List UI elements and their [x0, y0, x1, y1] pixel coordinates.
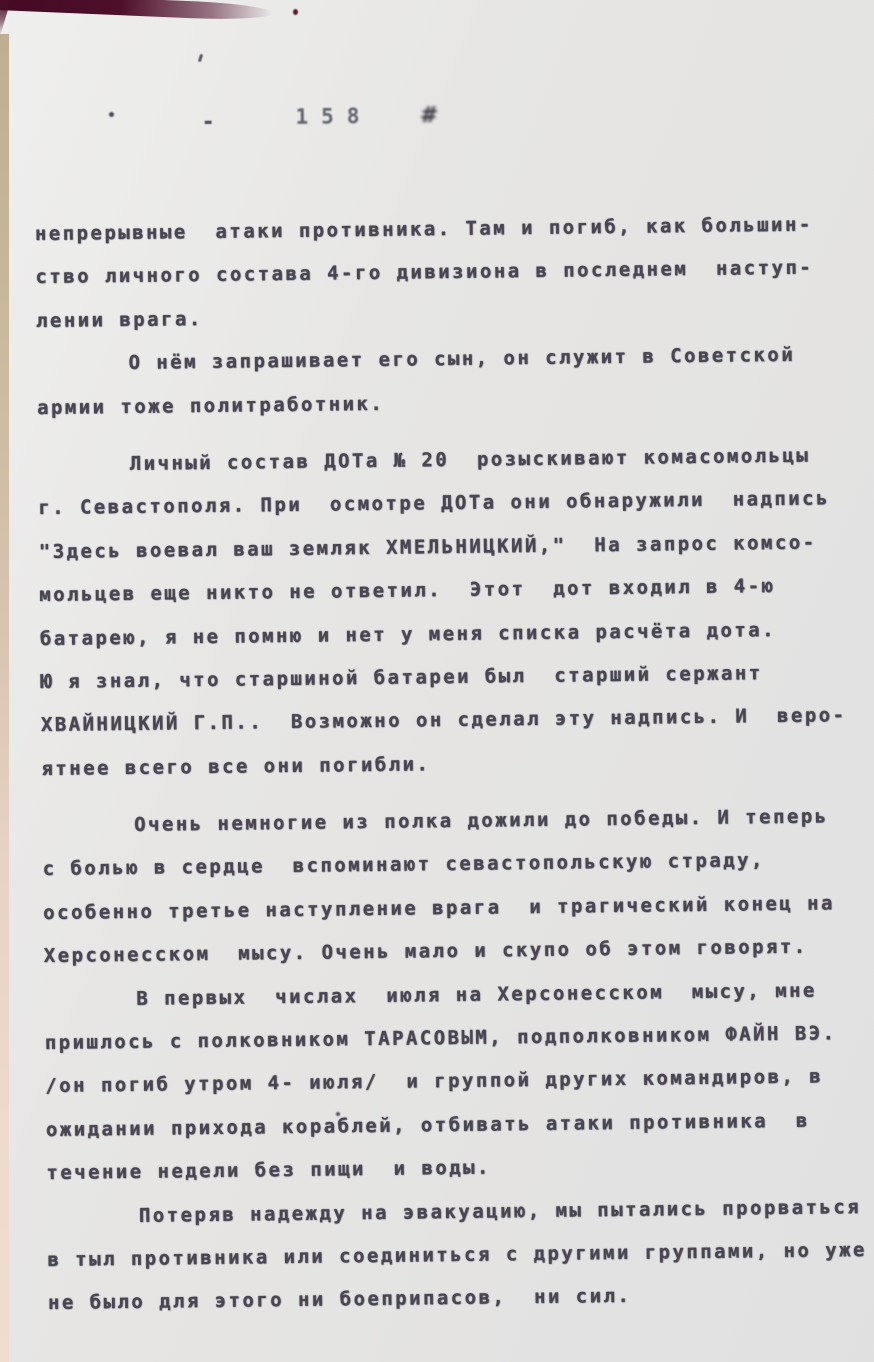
paragraph-6: Потеряв надежду на эвакуацию, мы пыталис… [47, 1185, 874, 1325]
paragraph-3: Личный состав ДОТа № 20 розыскивают кома… [37, 434, 871, 791]
page-header: - 158 # [0, 98, 873, 143]
photo-top-edge [0, 0, 274, 22]
scanned-document-page: - 158 # непрерывные атаки противника. Та… [0, 0, 874, 1362]
paragraph-2: О нём запрашивает его сын, он служит в С… [36, 333, 867, 430]
typewritten-text: непрерывные атаки противника. Там и поги… [35, 203, 874, 1326]
paper-speck [293, 9, 298, 15]
page-number: 158 [295, 104, 372, 129]
paper-speck [198, 54, 203, 63]
paragraph-5: В первых числах июля на Херсонесском мыс… [44, 969, 874, 1196]
header-left-dash: - [201, 110, 215, 135]
paragraph-1: непрерывные атаки противника. Там и поги… [35, 203, 867, 343]
paragraph-4: Очень немногие из полка дожили до победы… [42, 795, 874, 979]
text-line: не было для этого ни боеприпасов, ни сил… [48, 1272, 874, 1326]
text-line: ятнее всего все они погибли. [41, 738, 871, 792]
photo-left-edge [0, 34, 9, 1362]
header-right-mark: # [421, 103, 437, 128]
